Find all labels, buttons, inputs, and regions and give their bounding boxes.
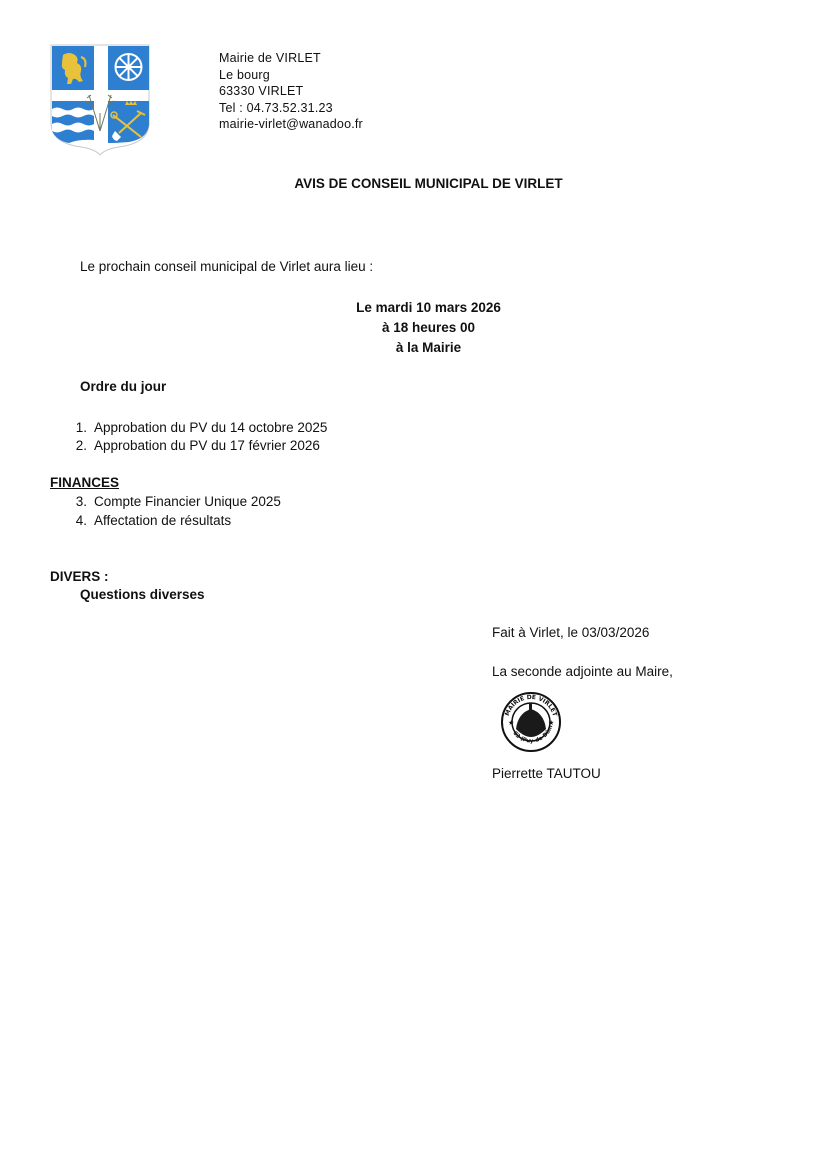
agenda-item-number: 2. (69, 438, 87, 453)
agenda-item-text: Approbation du PV du 14 octobre 2025 (94, 420, 327, 435)
agenda-item: 4. Affectation de résultats (69, 513, 369, 531)
address-line-postcode: 63330 VIRLET (219, 83, 363, 100)
municipal-crest-logo (49, 43, 151, 156)
place-and-date: Fait à Virlet, le 03/03/2026 (492, 625, 649, 640)
address-line-email[interactable]: mairie-virlet@wanadoo.fr (219, 116, 363, 133)
svg-text:★: ★ (508, 719, 514, 727)
address-line-name: Mairie de VIRLET (219, 50, 363, 67)
agenda-item: 3. Compte Financier Unique 2025 (69, 494, 369, 512)
meeting-details: Le mardi 10 mars 2026 à 18 heures 00 à l… (260, 298, 597, 358)
signatory-role: La seconde adjointe au Maire, (492, 664, 673, 679)
signatory-name: Pierrette TAUTOU (492, 766, 601, 781)
meeting-place: à la Mairie (260, 338, 597, 358)
divers-heading: DIVERS : (50, 569, 109, 584)
document-title: AVIS DE CONSEIL MUNICIPAL DE VIRLET (0, 176, 827, 191)
agenda-item-number: 1. (69, 420, 87, 435)
agenda-item: 2. Approbation du PV du 17 février 2026 (69, 438, 369, 456)
agenda-heading: Ordre du jour (80, 379, 166, 394)
town-hall-address: Mairie de VIRLET Le bourg 63330 VIRLET T… (219, 50, 363, 133)
agenda-item-text: Compte Financier Unique 2025 (94, 494, 281, 509)
official-stamp-icon: ★ ★ MAIRIE DE VIRLET 63 (Puy-de-Dôme) (500, 691, 562, 753)
intro-sentence: Le prochain conseil municipal de Virlet … (80, 259, 373, 274)
agenda-item-text: Approbation du PV du 17 février 2026 (94, 438, 320, 453)
meeting-date: Le mardi 10 mars 2026 (260, 298, 597, 318)
meeting-time: à 18 heures 00 (260, 318, 597, 338)
address-line-phone: Tel : 04.73.52.31.23 (219, 100, 363, 117)
finances-heading: FINANCES (50, 475, 119, 490)
agenda-item-text: Affectation de résultats (94, 513, 231, 528)
agenda-item-number: 3. (69, 494, 87, 509)
agenda-item: 1. Approbation du PV du 14 octobre 2025 (69, 420, 369, 438)
agenda-item-number: 4. (69, 513, 87, 528)
address-line-street: Le bourg (219, 67, 363, 84)
divers-item: Questions diverses (80, 587, 205, 602)
